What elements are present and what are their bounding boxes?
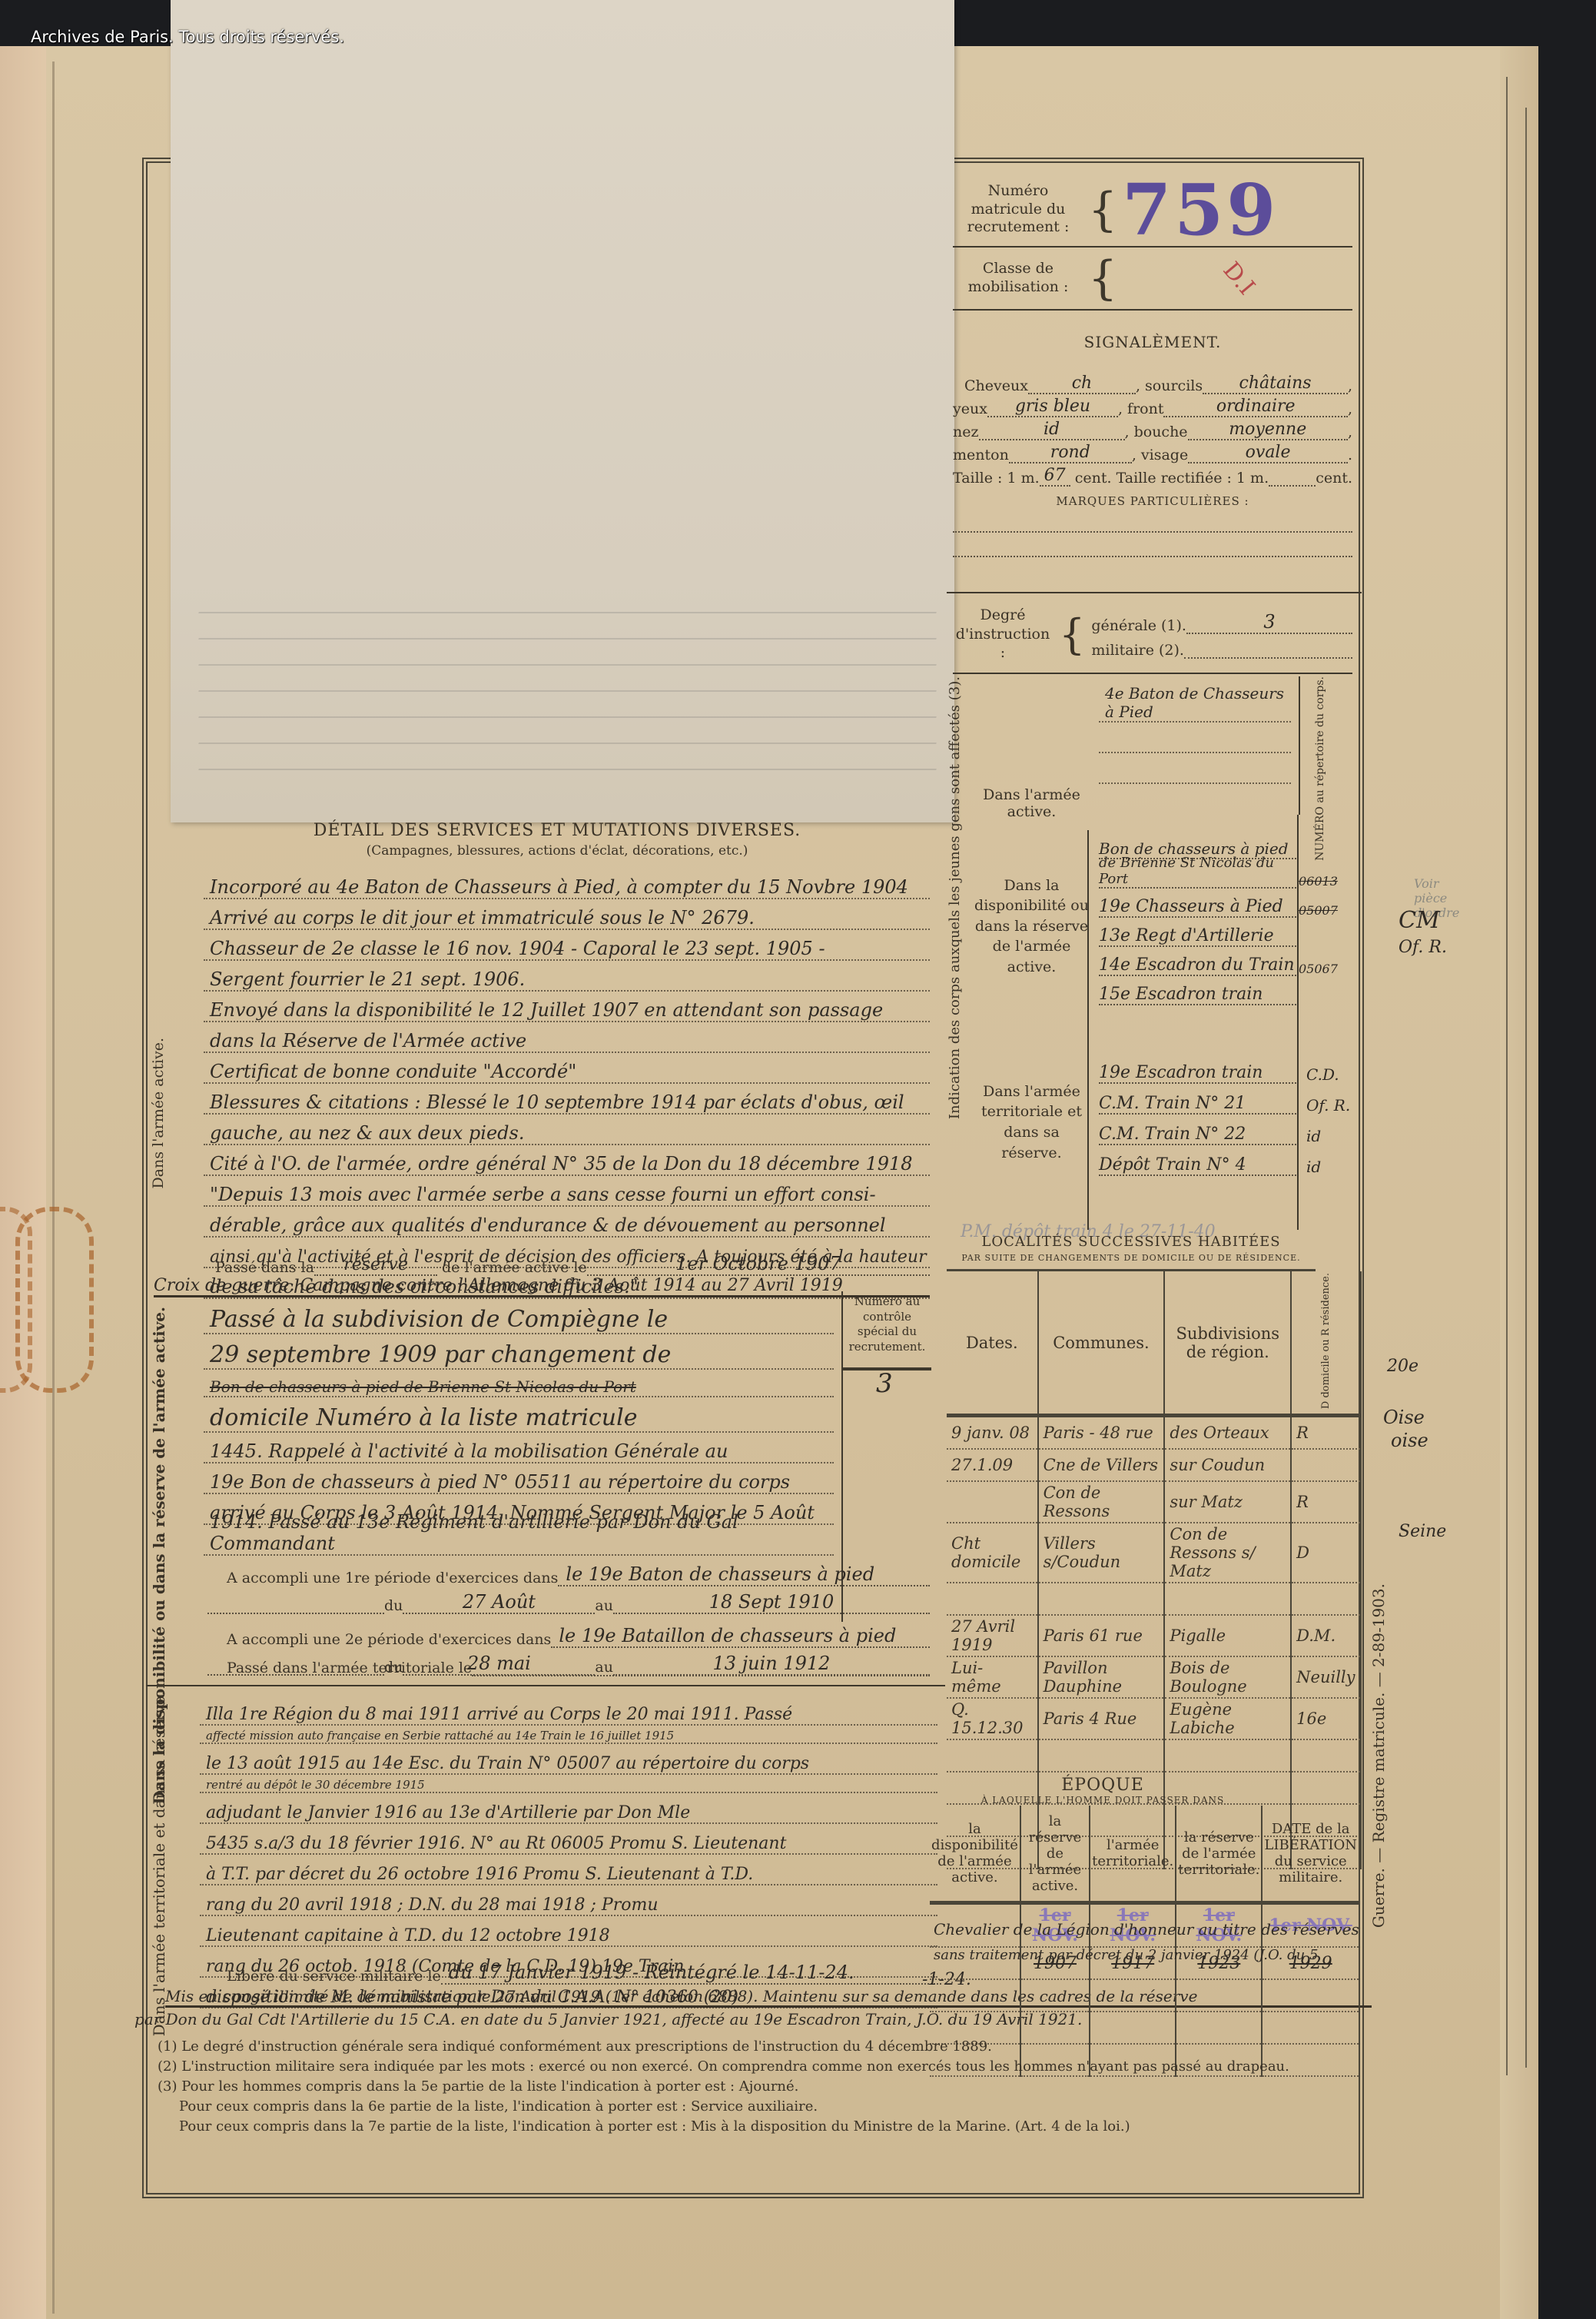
corps-side-label: Indication des corps auxquels les jeunes… bbox=[947, 676, 970, 1207]
instruction-section: Degré d'instruction : { générale (1).3 m… bbox=[953, 596, 1352, 674]
dispo-entry: de Brienne St Nicolas du Port06013 bbox=[1099, 859, 1352, 889]
passe-reserve-value: réserve bbox=[314, 1255, 437, 1276]
periode1: A accompli une 1re période d'exercices d… bbox=[207, 1559, 930, 1614]
periode2-unit: le 19e Bataillon de chasseurs à pied bbox=[551, 1625, 930, 1648]
services-subtitle: (Campagnes, blessures, actions d'éclat, … bbox=[173, 843, 941, 859]
margin-note: Oise bbox=[1383, 1407, 1425, 1428]
signalement-title: SIGNALÈMENT. bbox=[953, 333, 1352, 351]
table-row: 27.1.09Cne de Villerssur Coudun bbox=[947, 1449, 1361, 1481]
numero-header: NUMÉRO au répertoire du corps. bbox=[1299, 676, 1354, 815]
periode1-au: 18 Sept 1910 bbox=[613, 1591, 930, 1614]
field-label: menton bbox=[953, 447, 1009, 463]
margin-note: 20e bbox=[1387, 1357, 1418, 1376]
table-row bbox=[947, 1583, 1361, 1615]
dispo-lines: Passé à la subdivision de Compiègne le 2… bbox=[204, 1299, 834, 1556]
controle-value: 3 bbox=[876, 1368, 893, 1399]
service-line: Chasseur de 2e classe le 16 nov. 1904 - … bbox=[204, 930, 930, 961]
territoriale-entry: C.M. Train N° 22id bbox=[1099, 1115, 1352, 1145]
field-label: visage bbox=[1141, 447, 1188, 463]
yeux-value: gris bleu bbox=[987, 397, 1118, 417]
service-line: dans la Réserve de l'Armée active bbox=[204, 1022, 930, 1053]
service-line: "Depuis 13 mois avec l'armée serbe a san… bbox=[204, 1176, 930, 1207]
dispo-line: 1914. Passé au 13e Régiment d'artillerie… bbox=[204, 1525, 834, 1556]
spine-fold bbox=[52, 61, 55, 2314]
page-edge-line bbox=[1506, 77, 1508, 2075]
margin-note: Seine bbox=[1399, 1522, 1446, 1541]
territoriale-line: adjudant le Janvier 1916 au 13e d'Artill… bbox=[200, 1793, 937, 1824]
territoriale-entry: Dépôt Train N° 4id bbox=[1099, 1145, 1352, 1176]
taille-unit: cent. bbox=[1075, 470, 1112, 487]
signalement-row: nez id, bouche moyenne, bbox=[953, 417, 1352, 440]
libere-value: du 17 Janvier 1919 - Réintégré le 14-11-… bbox=[441, 1962, 941, 1985]
service-line: Blessures & citations : Blessé le 10 sep… bbox=[204, 1084, 930, 1115]
col-subdivisions: Subdivisions de région. bbox=[1164, 1271, 1291, 1416]
active-entry: 4e Baton de Chasseurs à Pied bbox=[1099, 692, 1291, 723]
field-label: nez bbox=[953, 424, 979, 440]
territoriale-line: rang du 20 avril 1918 ; D.N. du 28 mai 1… bbox=[200, 1885, 937, 1916]
brace-icon: { bbox=[1088, 251, 1117, 305]
services-header: DÉTAIL DES SERVICES ET MUTATIONS DIVERSE… bbox=[173, 821, 941, 859]
taille-rectifiee-unit: cent. bbox=[1316, 470, 1352, 487]
services-title: DÉTAIL DES SERVICES ET MUTATIONS DIVERSE… bbox=[173, 821, 941, 840]
divider bbox=[1297, 815, 1299, 1230]
dispo-entry: 19e Chasseurs à Pied05007 bbox=[1099, 889, 1352, 918]
signalement-section: SIGNALÈMENT. Cheveux ch, sourcils châtai… bbox=[953, 311, 1352, 557]
col-disponibilite: la disponibilité de l'armée active. bbox=[930, 1806, 1020, 1903]
passe-reserve-row: Passé dans la réserve de l'armée active … bbox=[215, 1253, 930, 1276]
territoriale-line: 5435 s.a/3 du 18 février 1916. N° au Rt … bbox=[200, 1824, 937, 1855]
footnotes: (1) Le degré d'instruction générale sera… bbox=[158, 2037, 1364, 2137]
territoriale-row: Passé dans l'armée territoriale le bbox=[227, 1649, 930, 1676]
service-line: Arrivé au corps le dit jour et immatricu… bbox=[204, 899, 930, 930]
periode1-unit: le 19e Baton de chasseurs à pied bbox=[558, 1563, 930, 1586]
localites-title: LOCALITÉS SUCCESSIVES HABITÉES bbox=[947, 1234, 1316, 1250]
taille-rectifiee-label: Taille rectifiée : 1 m. bbox=[1117, 470, 1269, 487]
marques-line bbox=[953, 533, 1352, 557]
page-edge-line bbox=[1525, 108, 1527, 2068]
campagne-line: Croix de guerre. Campagne contre l'Allem… bbox=[154, 1276, 930, 1297]
taille-row: Taille : 1 m. 67 cent. Taille rectifiée … bbox=[953, 463, 1352, 487]
col-dates: Dates. bbox=[947, 1271, 1038, 1416]
territoriale-entries: 19e Escadron trainC.D. C.M. Train N° 21O… bbox=[1099, 1053, 1352, 1176]
footnote: Pour ceux compris dans la 7e partie de l… bbox=[158, 2117, 1364, 2137]
dispo-line: Passé à la subdivision de Compiègne le bbox=[204, 1299, 834, 1334]
dispo-label: Dans la disponibilité ou dans la réserve… bbox=[972, 838, 1091, 1015]
nez-value: id bbox=[979, 420, 1125, 440]
matricule-row: Numéro matricule du recrutement : { 759 bbox=[953, 173, 1352, 248]
service-line: dérable, grâce aux qualités d'endurance … bbox=[204, 1207, 930, 1238]
col-territoriale: l'armée territoriale. bbox=[1090, 1806, 1176, 1903]
bleed-through-text bbox=[201, 592, 939, 792]
dispo-entries: Bon de chasseurs à pied de Brienne St Ni… bbox=[1099, 830, 1352, 1005]
territoriale-line: Lieutenant capitaine à T.D. du 12 octobr… bbox=[200, 1916, 937, 1947]
dispo-line: domicile Numéro à la liste matricule bbox=[204, 1397, 834, 1433]
territoriale-side-label: Dans l'armée territoriale et dans sa rés… bbox=[150, 1691, 188, 1968]
col-liberation: DATE de la LIBÉRATION du service militai… bbox=[1262, 1806, 1359, 1903]
red-stamp-mark bbox=[15, 1207, 94, 1393]
brace-icon: { bbox=[1059, 610, 1085, 659]
legion-line: -1-24. bbox=[922, 1970, 971, 1989]
menton-value: rond bbox=[1009, 443, 1132, 463]
signalement-row: yeux gris bleu, front ordinaire, bbox=[953, 394, 1352, 417]
marques-label: MARQUES PARTICULIÈRES : bbox=[953, 494, 1352, 508]
territoriale-line: rentré au dépôt le 30 décembre 1915 bbox=[200, 1775, 937, 1793]
service-line: Cité à l'O. de l'armée, ordre général N°… bbox=[204, 1145, 930, 1176]
marques-line bbox=[953, 508, 1352, 533]
table-row: Q. 15.12.30Paris 4 RueEugène Labiche16e bbox=[947, 1698, 1361, 1739]
service-line: Certificat de bonne conduite "Accordé" bbox=[204, 1053, 930, 1084]
sourcils-value: châtains bbox=[1203, 374, 1348, 394]
territoriale-label: Dans l'armée territoriale et dans sa rés… bbox=[972, 1061, 1091, 1184]
territoriale-line: à T.T. par décret du 26 octobre 1916 Pro… bbox=[200, 1855, 937, 1885]
dispo-line: Bon de chasseurs à pied de Brienne St Ni… bbox=[204, 1370, 834, 1397]
territoriale-line: le 13 août 1915 au 14e Esc. du Train N° … bbox=[200, 1744, 937, 1775]
footnote: (1) Le degré d'instruction générale sera… bbox=[158, 2037, 1364, 2057]
copyright-watermark: Archives de Paris. Tous droits réservés. bbox=[31, 28, 344, 46]
taille-value: 67 bbox=[1040, 466, 1070, 487]
margin-note: CM bbox=[1399, 907, 1440, 934]
classe-stamp: D.I bbox=[1218, 257, 1260, 300]
active-lines: Incorporé au 4e Baton de Chasseurs à Pie… bbox=[204, 869, 930, 1299]
divider bbox=[146, 1685, 945, 1686]
divider bbox=[947, 592, 1362, 593]
table-row bbox=[947, 1739, 1361, 1772]
footnote: (3) Pour les hommes compris dans la 5e p… bbox=[158, 2077, 1364, 2097]
dispo-side-label: Dans la disponibilité ou dans la réserve… bbox=[150, 1307, 196, 1630]
col-dr: D domicile ou R résidence. bbox=[1291, 1271, 1361, 1416]
service-line: Envoyé dans la disponibilité le 12 Juill… bbox=[204, 992, 930, 1022]
dispo-entry: 14e Escadron du Train05067 bbox=[1099, 947, 1352, 976]
generale-value: 3 bbox=[1186, 611, 1352, 634]
margin-note: Of. R. bbox=[1399, 938, 1447, 957]
passe-reserve-date: 1er Octobre 1907 bbox=[587, 1253, 930, 1276]
militaire-label: militaire (2). bbox=[1091, 642, 1184, 659]
territoriale-line: Illa 1re Région du 8 mai 1911 arrivé au … bbox=[200, 1695, 937, 1726]
classe-label: Classe de mobilisation : bbox=[953, 260, 1083, 297]
divider bbox=[1087, 830, 1089, 1230]
legion-line: Chevalier de la Légion d'honneur au titr… bbox=[934, 1920, 1364, 1939]
epoque-title: ÉPOQUE bbox=[930, 1776, 1276, 1795]
side-print: Guerre. — Registre matricule. — 2-89-190… bbox=[1369, 1583, 1388, 2160]
footnote: Pour ceux compris dans la 6e partie de l… bbox=[158, 2097, 1364, 2117]
dispo-entry: 15e Escadron train bbox=[1099, 976, 1352, 1005]
epoque-subtitle: À LAQUELLE L'HOMME DOIT PASSER DANS bbox=[930, 1795, 1276, 1806]
footnote: (2) L'instruction militaire sera indiqué… bbox=[158, 2057, 1364, 2077]
field-label: bouche bbox=[1134, 424, 1188, 440]
territoriale-entry: 19e Escadron trainC.D. bbox=[1099, 1053, 1352, 1084]
field-label: yeux bbox=[953, 400, 987, 417]
pasted-paper-strip bbox=[171, 0, 954, 822]
col-communes: Communes. bbox=[1038, 1271, 1165, 1416]
periode1-du: 27 Août bbox=[403, 1591, 595, 1614]
brace-icon: { bbox=[1088, 183, 1117, 237]
dispo-entry: 13e Regt d'Artillerie bbox=[1099, 918, 1352, 947]
dispo-line: 29 septembre 1909 par changement de bbox=[204, 1334, 834, 1370]
classe-row: Classe de mobilisation : { D.I bbox=[953, 248, 1352, 311]
table-row: Con de Ressonssur MatzR bbox=[947, 1481, 1361, 1523]
legion-line: sans traitement par décret du 2 janvier … bbox=[934, 1947, 1364, 1963]
localites-section: LOCALITÉS SUCCESSIVES HABITÉES PAR SUITE… bbox=[947, 1234, 1362, 1869]
front-value: ordinaire bbox=[1163, 397, 1347, 417]
signalement-row: Cheveux ch, sourcils châtains, bbox=[953, 371, 1352, 394]
field-label: front bbox=[1127, 400, 1163, 417]
table-row: 27 Avril 1919Paris 61 ruePigalleD.M. bbox=[947, 1615, 1361, 1656]
controle-header: Numéro au contrôle spécial du recrutemen… bbox=[841, 1291, 931, 1370]
taille-label: Taille : 1 m. bbox=[953, 470, 1040, 487]
table-row: Cht domicileVillers s/CoudunCon de Resso… bbox=[947, 1523, 1361, 1583]
territoriale-line: affecté mission auto française en Serbie… bbox=[200, 1726, 937, 1744]
service-line: gauche, au nez & aux deux pieds. bbox=[204, 1115, 930, 1145]
bouche-value: moyenne bbox=[1188, 420, 1348, 440]
dispo-line: 1445. Rappelé à l'activité à la mobilisa… bbox=[204, 1433, 834, 1463]
territoriale-entry: C.M. Train N° 21Of. R. bbox=[1099, 1084, 1352, 1115]
visage-value: ovale bbox=[1188, 443, 1348, 463]
field-label: sourcils bbox=[1145, 377, 1203, 394]
field-label: Cheveux bbox=[964, 377, 1028, 394]
service-line: Sergent fourrier le 21 sept. 1906. bbox=[204, 961, 930, 992]
instruction-label: Degré d'instruction : bbox=[953, 606, 1053, 663]
margin-note: oise bbox=[1391, 1430, 1428, 1451]
col-reserve-active: la réserve de l'armée active. bbox=[1020, 1806, 1090, 1903]
col-reserve-territoriale: la réserve de l'armée territoriale. bbox=[1176, 1806, 1262, 1903]
matricule-number: 759 bbox=[1122, 168, 1279, 251]
table-row: Lui-mêmePavillon DauphineBois de Boulogn… bbox=[947, 1656, 1361, 1698]
localites-subtitle: PAR SUITE DE CHANGEMENTS DE DOMICILE OU … bbox=[947, 1253, 1316, 1271]
matricule-label: Numéro matricule du recrutement : bbox=[953, 182, 1083, 237]
active-side-label: Dans l'armée active. bbox=[150, 869, 173, 1268]
libere-row: Libéré du service militaire le du 17 Jan… bbox=[227, 1959, 941, 1985]
dispo-line: 19e Bon de chasseurs à pied N° 05511 au … bbox=[204, 1463, 834, 1494]
table-row: 9 janv. 08Paris - 48 ruedes OrteauxR bbox=[947, 1416, 1361, 1450]
generale-label: générale (1). bbox=[1091, 617, 1186, 634]
signalement-row: menton rond, visage ovale. bbox=[953, 440, 1352, 463]
active-entries: 4e Baton de Chasseurs à Pied bbox=[1099, 692, 1291, 784]
service-line: Incorporé au 4e Baton de Chasseurs à Pie… bbox=[204, 869, 930, 899]
cheveux-value: ch bbox=[1028, 374, 1136, 394]
